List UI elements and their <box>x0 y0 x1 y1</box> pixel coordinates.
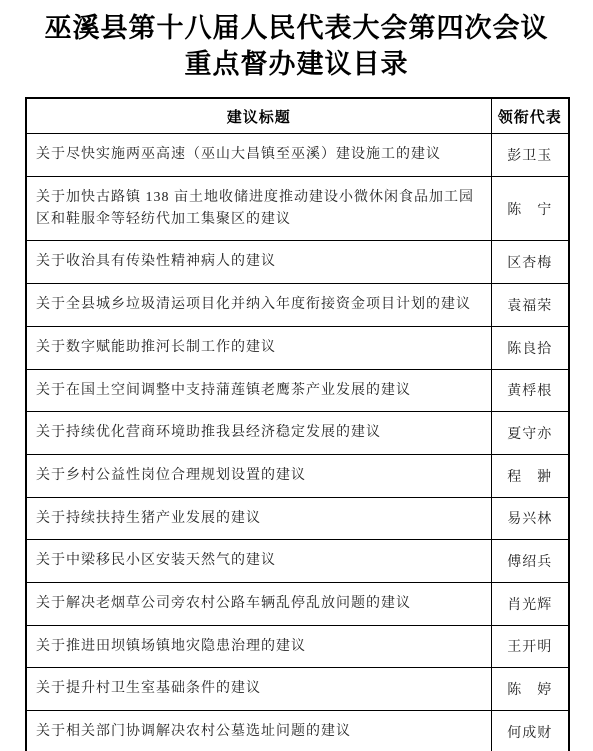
leading-representative-cell: 易兴林 <box>491 497 569 540</box>
table-row: 关于持续扶持生猪产业发展的建议易兴林 <box>26 497 569 540</box>
leading-representative-cell: 黄桴根 <box>491 369 569 412</box>
column-header-leading-representative: 领衔代表 <box>491 98 569 134</box>
table-row: 关于在国土空间调整中支持蒲莲镇老鹰茶产业发展的建议黄桴根 <box>26 369 569 412</box>
document-page: 巫溪县第十八届人民代表大会第四次会议 重点督办建议目录 建议标题 领衔代表 关于… <box>0 0 593 751</box>
suggestion-title-cell: 关于全县城乡垃圾清运项目化并纳入年度衔接资金项目计划的建议 <box>26 284 491 327</box>
leading-representative-cell: 袁福荣 <box>491 284 569 327</box>
table-row: 关于尽快实施两巫高速（巫山大昌镇至巫溪）建设施工的建议彭卫玉 <box>26 134 569 177</box>
suggestion-title-cell: 关于持续优化营商环境助推我县经济稳定发展的建议 <box>26 412 491 455</box>
table-row: 关于中梁移民小区安装天然气的建议傅绍兵 <box>26 540 569 583</box>
leading-representative-cell: 区杏梅 <box>491 241 569 284</box>
table-row: 关于加快古路镇 138 亩土地收储进度推动建设小微休闲食品加工园区和鞋服伞等轻纺… <box>26 177 569 241</box>
table-row: 关于持续优化营商环境助推我县经济稳定发展的建议夏守亦 <box>26 412 569 455</box>
suggestion-title-cell: 关于推进田坝镇场镇地灾隐患治理的建议 <box>26 625 491 668</box>
table-header-row: 建议标题 领衔代表 <box>26 98 569 134</box>
suggestion-title-cell: 关于相关部门协调解决农村公墓选址问题的建议 <box>26 711 491 751</box>
leading-representative-cell: 程 翀 <box>491 454 569 497</box>
column-header-suggestion-title: 建议标题 <box>26 98 491 134</box>
suggestion-title-cell: 关于数字赋能助推河长制工作的建议 <box>26 326 491 369</box>
leading-representative-cell: 陈良拾 <box>491 326 569 369</box>
leading-representative-cell: 肖光辉 <box>491 582 569 625</box>
suggestions-table: 建议标题 领衔代表 关于尽快实施两巫高速（巫山大昌镇至巫溪）建设施工的建议彭卫玉… <box>25 97 570 751</box>
document-title-line1: 巫溪县第十八届人民代表大会第四次会议 <box>45 13 549 43</box>
leading-representative-cell: 王开明 <box>491 625 569 668</box>
document-title: 巫溪县第十八届人民代表大会第四次会议 重点督办建议目录 <box>25 10 568 83</box>
leading-representative-cell: 何成财 <box>491 711 569 751</box>
leading-representative-cell: 陈 婷 <box>491 668 569 711</box>
suggestion-title-cell: 关于收治具有传染性精神病人的建议 <box>26 241 491 284</box>
table-row: 关于推进田坝镇场镇地灾隐患治理的建议王开明 <box>26 625 569 668</box>
leading-representative-cell: 夏守亦 <box>491 412 569 455</box>
table-row: 关于乡村公益性岗位合理规划设置的建议程 翀 <box>26 454 569 497</box>
suggestion-title-cell: 关于乡村公益性岗位合理规划设置的建议 <box>26 454 491 497</box>
leading-representative-cell: 傅绍兵 <box>491 540 569 583</box>
table-row: 关于提升村卫生室基础条件的建议陈 婷 <box>26 668 569 711</box>
table-row: 关于数字赋能助推河长制工作的建议陈良拾 <box>26 326 569 369</box>
suggestion-title-cell: 关于加快古路镇 138 亩土地收储进度推动建设小微休闲食品加工园区和鞋服伞等轻纺… <box>26 177 491 241</box>
table-row: 关于解决老烟草公司旁农村公路车辆乱停乱放问题的建议肖光辉 <box>26 582 569 625</box>
document-title-line2: 重点督办建议目录 <box>185 49 409 79</box>
table-row: 关于全县城乡垃圾清运项目化并纳入年度衔接资金项目计划的建议袁福荣 <box>26 284 569 327</box>
suggestion-title-cell: 关于在国土空间调整中支持蒲莲镇老鹰茶产业发展的建议 <box>26 369 491 412</box>
suggestion-title-cell: 关于提升村卫生室基础条件的建议 <box>26 668 491 711</box>
table-row: 关于收治具有传染性精神病人的建议区杏梅 <box>26 241 569 284</box>
suggestion-title-cell: 关于解决老烟草公司旁农村公路车辆乱停乱放问题的建议 <box>26 582 491 625</box>
leading-representative-cell: 彭卫玉 <box>491 134 569 177</box>
table-body: 关于尽快实施两巫高速（巫山大昌镇至巫溪）建设施工的建议彭卫玉关于加快古路镇 13… <box>26 134 569 751</box>
suggestion-title-cell: 关于持续扶持生猪产业发展的建议 <box>26 497 491 540</box>
table-row: 关于相关部门协调解决农村公墓选址问题的建议何成财 <box>26 711 569 751</box>
suggestion-title-cell: 关于尽快实施两巫高速（巫山大昌镇至巫溪）建设施工的建议 <box>26 134 491 177</box>
suggestion-title-cell: 关于中梁移民小区安装天然气的建议 <box>26 540 491 583</box>
leading-representative-cell: 陈 宁 <box>491 177 569 241</box>
